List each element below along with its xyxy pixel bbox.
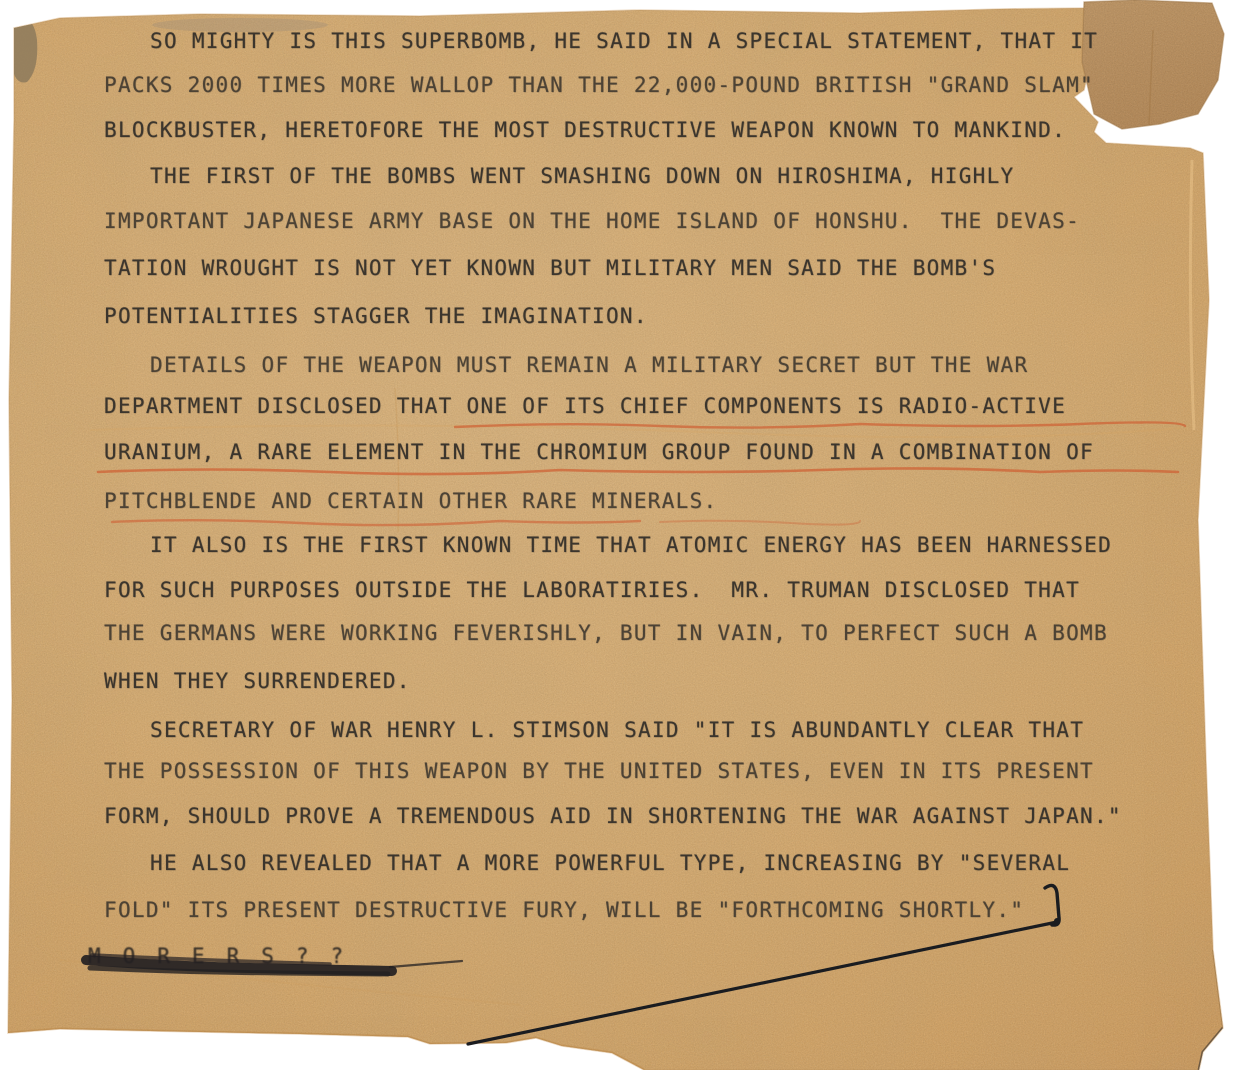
text-line: THE POSSESSION OF THIS WEAPON BY THE UNI… [104, 759, 1094, 783]
text-line: IMPORTANT JAPANESE ARMY BASE ON THE HOME… [104, 209, 1080, 233]
text-line: PITCHBLENDE AND CERTAIN OTHER RARE MINER… [104, 489, 718, 513]
text-line: DEPARTMENT DISCLOSED THAT ONE OF ITS CHI… [104, 394, 1066, 418]
text-line: THE FIRST OF THE BOMBS WENT SMASHING DOW… [150, 164, 1014, 188]
text-line: BLOCKBUSTER, HERETOFORE THE MOST DESTRUC… [104, 118, 1066, 142]
text-line: THE GERMANS WERE WORKING FEVERISHLY, BUT… [104, 621, 1108, 645]
text-line: DETAILS OF THE WEAPON MUST REMAIN A MILI… [150, 353, 1028, 377]
text-line: POTENTIALITIES STAGGER THE IMAGINATION. [104, 304, 648, 328]
text-line: IT ALSO IS THE FIRST KNOWN TIME THAT ATO… [150, 533, 1112, 557]
text-line: FORM, SHOULD PROVE A TREMENDOUS AID IN S… [104, 804, 1122, 828]
text-line: HE ALSO REVEALED THAT A MORE POWERFUL TY… [150, 851, 1070, 875]
scanned-document-page: SO MIGHTY IS THIS SUPERBOMB, HE SAID IN … [0, 0, 1240, 1070]
slug-line: MORERS?? [88, 944, 365, 968]
text-line: TATION WROUGHT IS NOT YET KNOWN BUT MILI… [104, 256, 996, 280]
text-line: SECRETARY OF WAR HENRY L. STIMSON SAID "… [150, 718, 1084, 742]
text-line: FOR SUCH PURPOSES OUTSIDE THE LABORATIRI… [104, 578, 1080, 602]
typewritten-text-block: SO MIGHTY IS THIS SUPERBOMB, HE SAID IN … [0, 0, 1240, 1070]
text-line: WHEN THEY SURRENDERED. [104, 669, 411, 693]
text-line: FOLD" ITS PRESENT DESTRUCTIVE FURY, WILL… [104, 898, 1024, 922]
text-line: URANIUM, A RARE ELEMENT IN THE CHROMIUM … [104, 440, 1094, 464]
text-line: PACKS 2000 TIMES MORE WALLOP THAN THE 22… [104, 73, 1094, 97]
text-line: SO MIGHTY IS THIS SUPERBOMB, HE SAID IN … [150, 29, 1098, 53]
